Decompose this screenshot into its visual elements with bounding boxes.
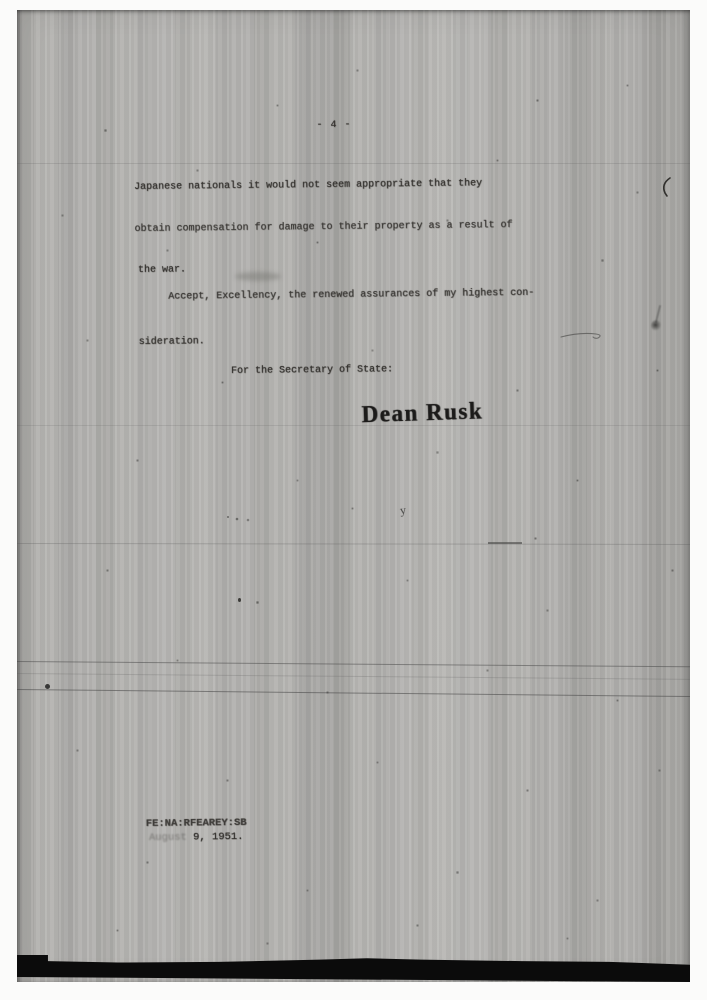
signature-intro: For the Secretary of State: xyxy=(231,364,393,377)
typist-reference-line: FE:NA:RFEAREY:SB xyxy=(146,817,247,830)
scanned-document-page: y - 4 - Japanese nationals it would not … xyxy=(17,10,690,982)
date-faded-word: August xyxy=(149,832,187,844)
page-number: - 4 - xyxy=(316,120,351,131)
body-line-2: obtain compensation for damage to their … xyxy=(135,220,513,235)
date-clear-part: 9, 1951. xyxy=(187,831,244,844)
body-line-5: sideration. xyxy=(139,336,205,348)
body-line-3: the war. xyxy=(138,264,186,276)
date-line: August 9, 1951. xyxy=(149,831,244,844)
scan-viewport: y - 4 - Japanese nationals it would not … xyxy=(0,0,707,1000)
signature-stamp: Dean Rusk xyxy=(361,397,483,428)
typewritten-text-layer: - 4 - Japanese nationals it would not se… xyxy=(14,4,697,983)
body-line-1: Japanese nationals it would not seem app… xyxy=(134,178,482,193)
body-line-4: Accept, Excellency, the renewed assuranc… xyxy=(168,288,534,303)
